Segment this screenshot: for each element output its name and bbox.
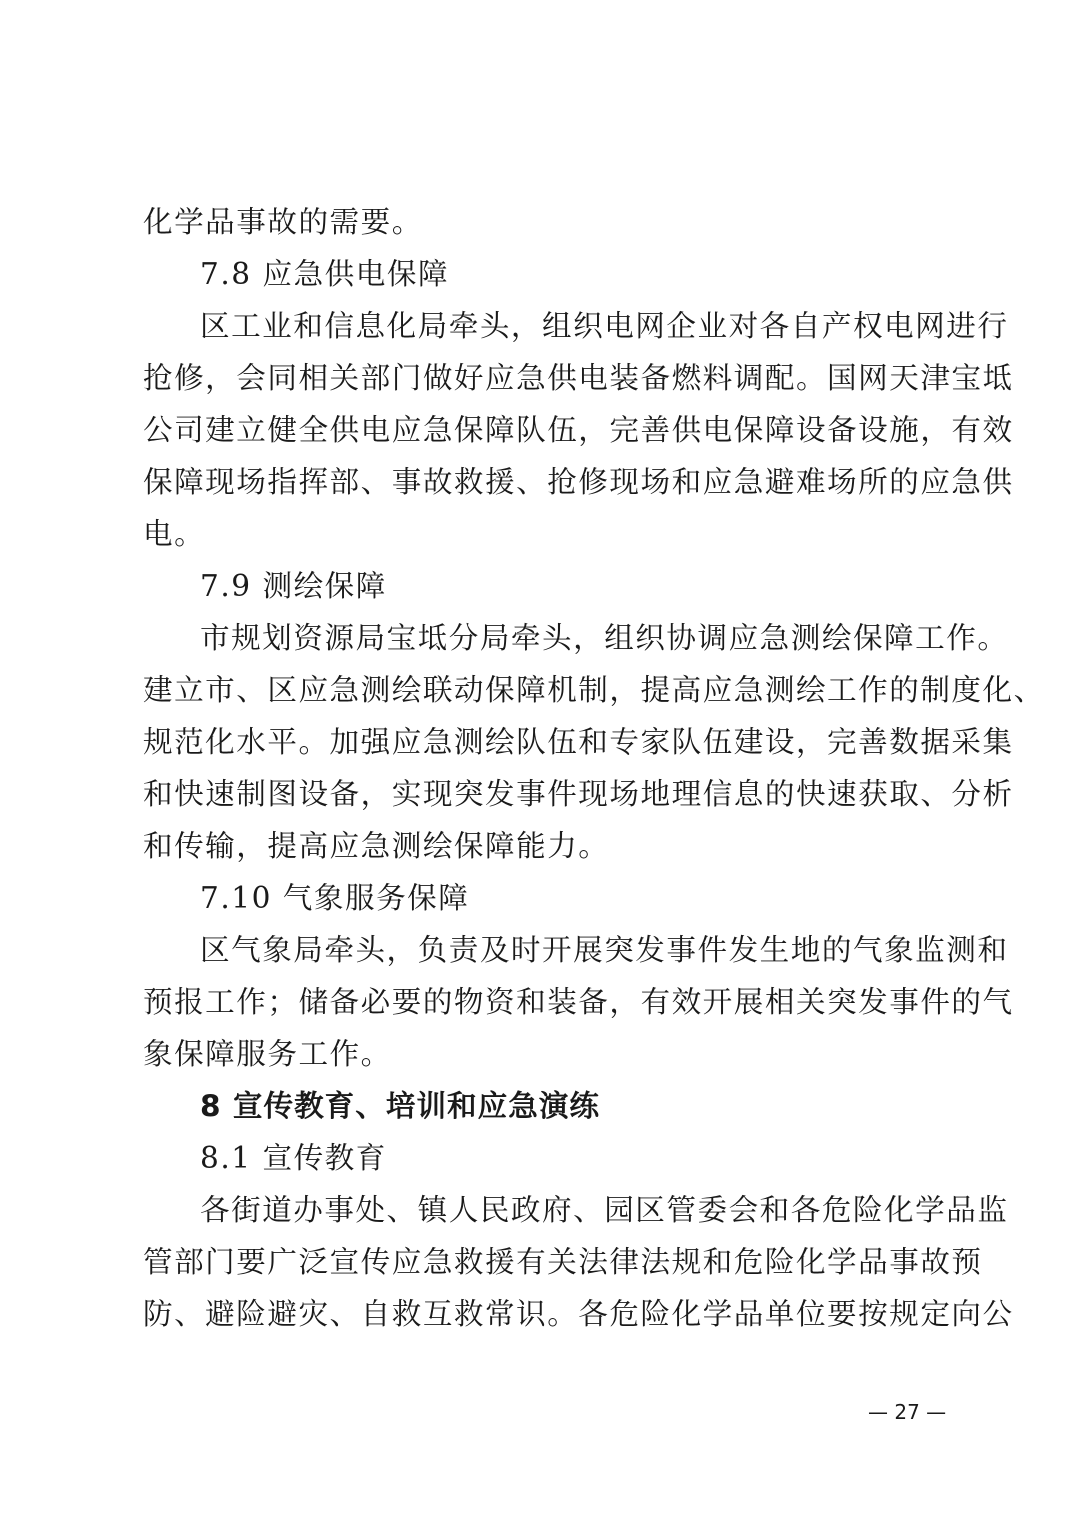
- section-heading-8-1: 8.1 宣传教育: [143, 1132, 943, 1184]
- paragraph-line: 象保障服务工作。: [143, 1028, 943, 1080]
- paragraph-line: 电。: [143, 508, 943, 560]
- paragraph-line: 区工业和信息化局牵头，组织电网企业对各自产权电网进行: [143, 300, 943, 352]
- paragraph-line: 预报工作；储备必要的物资和装备，有效开展相关突发事件的气: [143, 976, 943, 1028]
- paragraph-line: 各街道办事处、镇人民政府、园区管委会和各危险化学品监: [143, 1184, 943, 1236]
- paragraph-line: 化学品事故的需要。: [143, 196, 943, 248]
- section-heading-7-10: 7.10 气象服务保障: [143, 872, 943, 924]
- paragraph-line: 保障现场指挥部、事故救援、抢修现场和应急避难场所的应急供: [143, 456, 943, 508]
- paragraph-line: 建立市、区应急测绘联动保障机制，提高应急测绘工作的制度化、: [143, 664, 943, 716]
- paragraph-line: 市规划资源局宝坻分局牵头，组织协调应急测绘保障工作。: [143, 612, 943, 664]
- paragraph-line: 规范化水平。加强应急测绘队伍和专家队伍建设，完善数据采集: [143, 716, 943, 768]
- paragraph-line: 抢修，会同相关部门做好应急供电装备燃料调配。国网天津宝坻: [143, 352, 943, 404]
- section-heading-7-9: 7.9 测绘保障: [143, 560, 943, 612]
- paragraph-line: 公司建立健全供电应急保障队伍，完善供电保障设备设施，有效: [143, 404, 943, 456]
- paragraph-line: 和传输，提高应急测绘保障能力。: [143, 820, 943, 872]
- chapter-heading-8: 8 宣传教育、培训和应急演练: [143, 1080, 943, 1132]
- document-page: 化学品事故的需要。 7.8 应急供电保障 区工业和信息化局牵头，组织电网企业对各…: [0, 0, 1074, 1520]
- paragraph-line: 防、避险避灾、自救互救常识。各危险化学品单位要按规定向公: [143, 1288, 943, 1340]
- section-heading-7-8: 7.8 应急供电保障: [143, 248, 943, 300]
- page-number: — 27 —: [868, 1400, 946, 1424]
- paragraph-line: 区气象局牵头，负责及时开展突发事件发生地的气象监测和: [143, 924, 943, 976]
- paragraph-line: 和快速制图设备，实现突发事件现场地理信息的快速获取、分析: [143, 768, 943, 820]
- paragraph-line: 管部门要广泛宣传应急救援有关法律法规和危险化学品事故预: [143, 1236, 943, 1288]
